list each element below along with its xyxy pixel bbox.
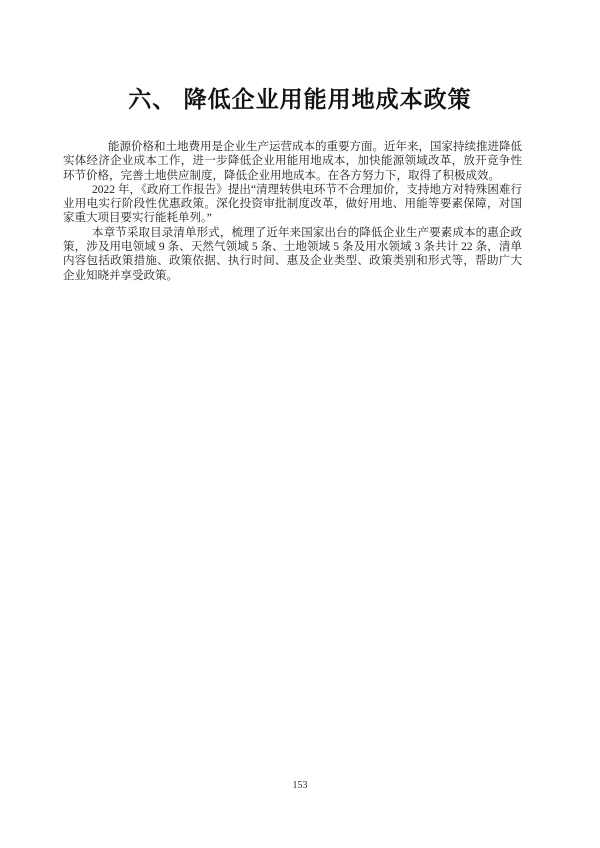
body-text: 能源价格和土地费用是企业生产运营成本的重要方面。近年来，国家持续推进降低实体经济… xyxy=(63,140,522,283)
paragraph-3: 本章节采取目录清单形式，梳理了近年来国家出台的降低企业生产要素成本的惠企政策，涉… xyxy=(63,226,522,283)
paragraph-2: 2022 年，《政府工作报告》提出“清理转供电环节不合理加价，支持地方对特殊困难… xyxy=(63,183,522,226)
chapter-title: 六、 降低企业用能用地成本政策 xyxy=(0,85,600,113)
paragraph-1: 能源价格和土地费用是企业生产运营成本的重要方面。近年来，国家持续推进降低实体经济… xyxy=(63,140,522,183)
page-number: 153 xyxy=(0,780,600,792)
document-page: 六、 降低企业用能用地成本政策 能源价格和土地费用是企业生产运营成本的重要方面。… xyxy=(0,0,600,848)
